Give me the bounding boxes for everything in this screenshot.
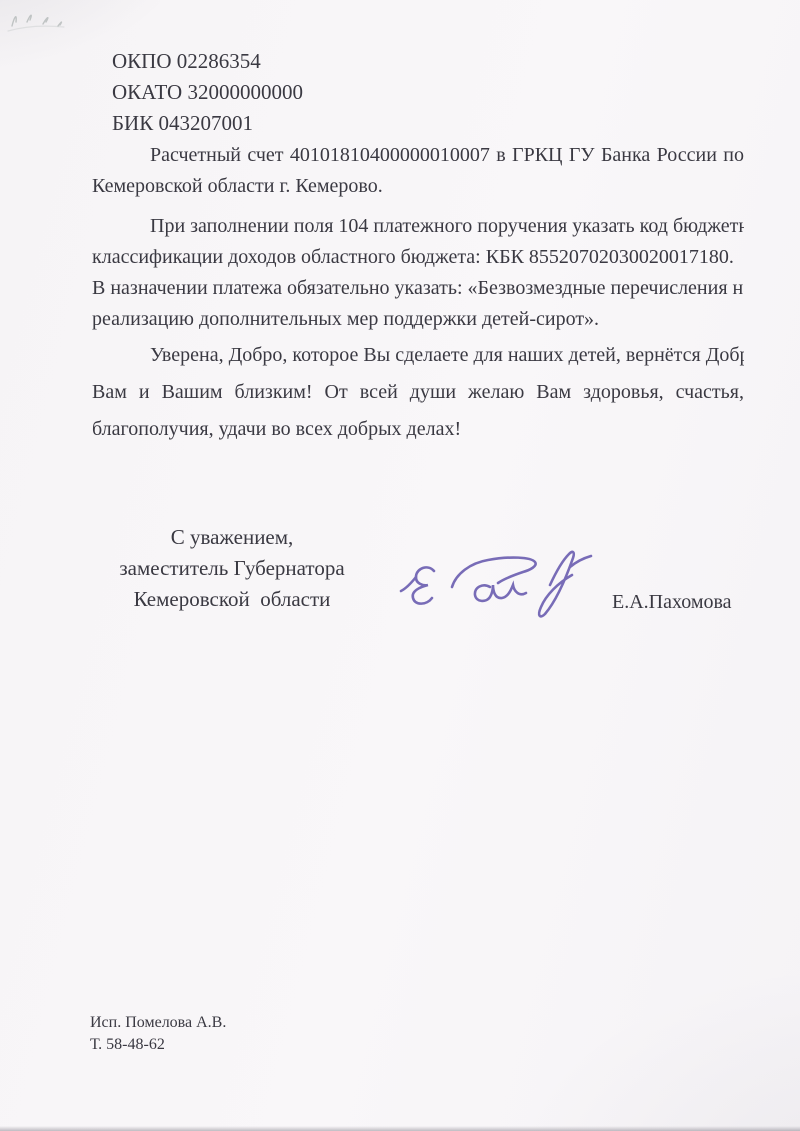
signer-position-line2: Кемеровской области — [92, 584, 372, 615]
paragraph-purpose: В назначении платежа обязательно указать… — [92, 273, 744, 335]
requisite-okpo: ОКПО 02286354 — [112, 46, 303, 77]
body-line: Вам и Вашим близким! От всей души желаю … — [92, 374, 744, 411]
bank-requisites: ОКПО 02286354 ОКАТО 32000000000 БИК 0432… — [112, 46, 303, 139]
requisite-bik: БИК 043207001 — [112, 108, 303, 139]
signer-position-line1: заместитель Губернатора — [92, 553, 372, 584]
body-line: классификации доходов областного бюджета… — [92, 242, 744, 273]
executor-footer: Исп. Помелова А.В. Т. 58-48-62 — [90, 1012, 226, 1056]
handwritten-signature — [398, 545, 598, 630]
requisite-okato: ОКАТО 32000000000 — [112, 77, 303, 108]
closing-salutation: С уважением, — [92, 522, 372, 553]
scanned-letter-page: ОКПО 02286354 ОКАТО 32000000000 БИК 0432… — [0, 0, 800, 1131]
paragraph-wishes: Уверена, Добро, которое Вы сделаете для … — [92, 337, 744, 448]
body-line: При заполнении поля 104 платежного поруч… — [92, 211, 744, 242]
pencil-scribble-icon — [0, 0, 90, 50]
signer-name: Е.А.Пахомова — [612, 591, 732, 614]
letter-body: Расчетный счет 40101810400000010007 в ГР… — [92, 140, 744, 448]
body-line: Кемеровской области г. Кемерово. — [92, 171, 744, 202]
body-line: В назначении платежа обязательно указать… — [92, 273, 744, 304]
executor-phone: Т. 58-48-62 — [90, 1034, 226, 1056]
executor-name: Исп. Помелова А.В. — [90, 1012, 226, 1034]
paragraph-kbk: При заполнении поля 104 платежного поруч… — [92, 211, 744, 273]
body-line: Уверена, Добро, которое Вы сделаете для … — [92, 337, 744, 374]
paragraph-account: Расчетный счет 40101810400000010007 в ГР… — [92, 140, 744, 202]
scan-bottom-edge — [0, 1126, 800, 1131]
body-line: Расчетный счет 40101810400000010007 в ГР… — [92, 140, 744, 171]
body-line: реализацию дополнительных мер поддержки … — [92, 304, 744, 335]
closing-block: С уважением, заместитель Губернатора Кем… — [92, 522, 372, 615]
body-line: благополучия, удачи во всех добрых делах… — [92, 411, 744, 448]
